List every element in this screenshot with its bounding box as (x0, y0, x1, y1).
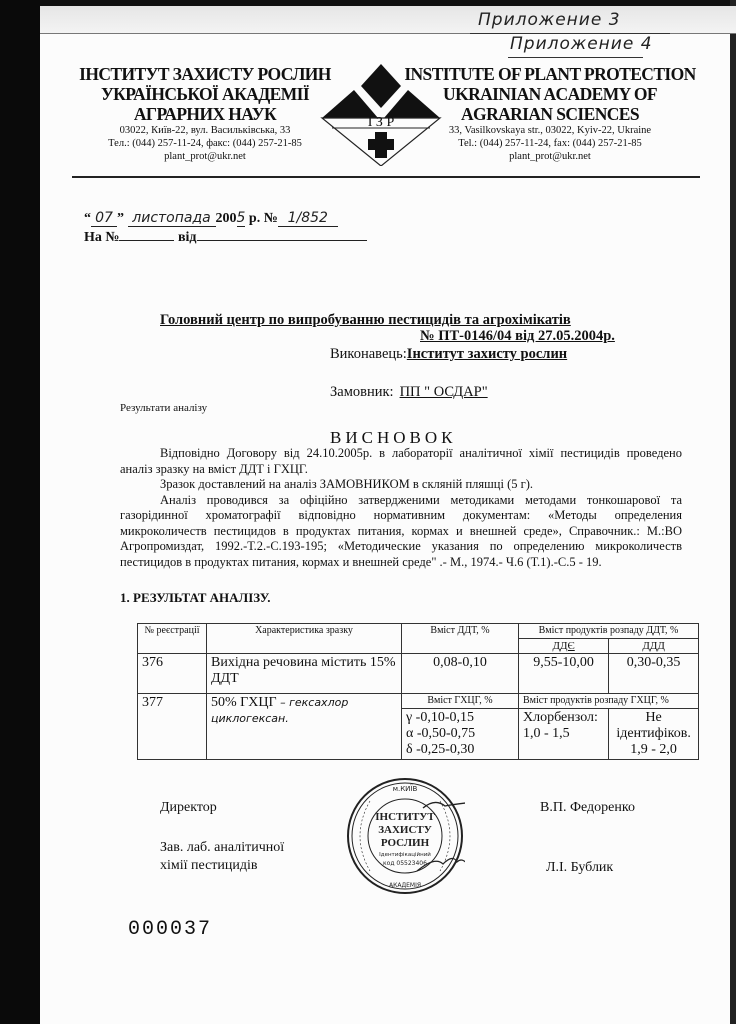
reference-line: На № від (84, 228, 367, 246)
header-hch: Вміст ГХЦГ, % (402, 694, 519, 709)
quote-open: “ (84, 211, 91, 226)
customer-label: Замовник: (330, 384, 394, 400)
header-sample: Характеристика зразку (207, 624, 402, 654)
lab-head-title-2: хімії пестицидів (160, 858, 258, 874)
unidentified-value: 1,9 - 2,0 (613, 742, 694, 758)
director-signature-icon (423, 802, 465, 808)
outgoing-number: 1/852 (278, 210, 338, 227)
handwritten-annotation-2: Приложение 4 (510, 34, 653, 54)
institute-name-en-2: UKRAINIAN ACADEMY OF (400, 84, 700, 104)
customer-value: ПП " ОСДАР" (400, 384, 488, 400)
executor-label: Виконавець: (330, 346, 407, 362)
official-stamp-icon: м.КИЇВ ІНСТИТУТ ЗАХИСТУ РОСЛИН Ідентифік… (345, 776, 465, 896)
header-reg-no: № реєстрації (138, 624, 207, 654)
cell-chlorobenzene: Хлорбензол: 1,0 - 1,5 (519, 709, 609, 760)
annotation-underline-2 (508, 57, 643, 58)
sample-printed: 50% ГХЦГ (211, 695, 277, 710)
license-number: № ПТ-0146/04 від 27.05.2004р. (420, 328, 615, 345)
cell-ddt: 0,08-0,10 (402, 654, 519, 694)
header-ddt: Вміст ДДТ, % (402, 624, 519, 654)
ref-date-blank (197, 228, 367, 241)
paragraph-1: Відповідно Договору від 24.10.2005р. в л… (120, 446, 682, 477)
handwritten-annotation-1: Приложение 3 (478, 10, 621, 30)
year-prefix: 200 (216, 211, 237, 226)
section-heading: 1. РЕЗУЛЬТАТ АНАЛІЗУ. (120, 590, 270, 606)
unidentified-label-2: ідентифіков. (613, 726, 694, 742)
scan-border-right (730, 0, 736, 1024)
cell-unidentified: Не ідентифіков. 1,9 - 2,0 (609, 709, 699, 760)
cell-ddd: 0,30-0,35 (609, 654, 699, 694)
email-ua: plant_prot@ukr.net (70, 150, 340, 163)
conclusion-title: ВИСНОВОК (330, 428, 456, 448)
stamp-city: м.КИЇВ (393, 784, 418, 793)
cell-sample: 50% ГХЦГ – гексахлор циклогексан. (207, 694, 402, 760)
hch-gamma: γ -0,10-0,15 (406, 710, 514, 726)
chlorobenzene-value: 1,0 - 1,5 (523, 726, 604, 742)
year-tail: р. № (245, 211, 277, 226)
results-table: № реєстрації Характеристика зразку Вміст… (137, 623, 699, 760)
cell-hch-isomers: γ -0,10-0,15 α -0,50-0,75 δ -0,25-0,30 (402, 709, 519, 760)
scan-border-left (0, 0, 40, 1024)
testing-center-title: Головний центр по випробуванню пестициді… (160, 312, 571, 329)
address-ua: 03022, Київ-22, вул. Васильківська, 33 (70, 124, 340, 137)
institute-name-ua-2: УКРАЇНСЬКОЇ АКАДЕМІЇ (70, 84, 340, 104)
stamp-line1: ІНСТИТУТ (375, 811, 435, 823)
executor-line: Виконавець:Інститут захисту рослин (330, 346, 567, 363)
header-ddt-products: Вміст продуктів розпаду ДДТ, % (519, 624, 699, 639)
address-en: 33, Vasilkovskaya str., 03022, Kyiv-22, … (400, 124, 700, 137)
institute-name-en-1: INSTITUTE OF PLANT PROTECTION (400, 64, 700, 84)
cell-sample: Вихідна речовина містить 15% ДДТ (207, 654, 402, 694)
header-ddd: ДДД (609, 639, 699, 654)
paragraph-2: Зразок доставлений на аналіз ЗАМОВНИКОМ … (120, 477, 682, 493)
unidentified-label-1: Не (613, 710, 694, 726)
table-header-row: № реєстрації Характеристика зразку Вміст… (138, 624, 699, 639)
table-row: 377 50% ГХЦГ – гексахлор циклогексан. Вм… (138, 694, 699, 709)
ref-date-label: від (178, 230, 197, 245)
hch-alpha: α -0,50-0,75 (406, 726, 514, 742)
cell-dde: 9,55-10,00 (519, 654, 609, 694)
chlorobenzene-label: Хлорбензол: (523, 710, 604, 726)
header-dde: ДДЄ (519, 639, 609, 654)
stamp-line2: ЗАХИСТУ (378, 824, 432, 836)
conclusion-body: Відповідно Договору від 24.10.2005р. в л… (120, 446, 682, 570)
letterhead-ukrainian: ІНСТИТУТ ЗАХИСТУ РОСЛИН УКРАЇНСЬКОЇ АКАД… (70, 64, 340, 163)
stamp-line5: код 05523406 (383, 860, 427, 867)
letterhead-divider (72, 176, 700, 178)
paragraph-3: Аналіз проводився за офіційно затверджен… (120, 493, 682, 571)
quote-close: ” (117, 211, 124, 226)
date-day: 07 (91, 210, 117, 227)
phone-ua: Тел.: (044) 257-11-24, факс: (044) 257-2… (70, 137, 340, 150)
cell-reg-no: 377 (138, 694, 207, 760)
ref-number-blank (119, 228, 174, 241)
ref-number-label: На № (84, 230, 119, 245)
table-row: 376 Вихідна речовина містить 15% ДДТ 0,0… (138, 654, 699, 694)
header-hch-products: Вміст продуктів розпаду ГХЦГ, % (519, 694, 699, 709)
executor-value: Інститут захисту рослин (407, 346, 567, 362)
letterhead-english: INSTITUTE OF PLANT PROTECTION UKRAINIAN … (400, 64, 700, 163)
stamp-ring-bottom: АКАДЕМІЯ (389, 882, 421, 889)
date-month: листопада (128, 210, 216, 227)
institute-name-en-3: AGRARIAN SCIENCES (400, 104, 700, 124)
logo-text: І З Р (368, 115, 395, 130)
stamp-line4: Ідентифікаційний (379, 851, 431, 858)
stamp-line3: РОСЛИН (381, 837, 430, 849)
director-title: Директор (160, 800, 217, 816)
lab-head-title-1: Зав. лаб. аналітичної (160, 840, 284, 856)
outgoing-date-line: “07” листопада2005 р. №1/852 (84, 210, 338, 227)
email-en: plant_prot@ukr.net (400, 150, 700, 163)
customer-line: Замовник:ПП " ОСДАР" (330, 384, 488, 401)
institute-name-ua-3: АГРАРНИХ НАУК (70, 104, 340, 124)
institute-name-ua-1: ІНСТИТУТ ЗАХИСТУ РОСЛИН (70, 64, 340, 84)
document-serial-number: 000037 (128, 918, 212, 941)
director-name: В.П. Федоренко (540, 800, 635, 816)
cell-reg-no: 376 (138, 654, 207, 694)
phone-en: Tel.: (044) 257-11-24, fax: (044) 257-21… (400, 137, 700, 150)
hch-delta: δ -0,25-0,30 (406, 742, 514, 758)
lab-head-name: Л.І. Бублик (546, 860, 613, 876)
results-label: Результати аналізу (120, 402, 207, 414)
scan-top-strip (40, 6, 736, 34)
